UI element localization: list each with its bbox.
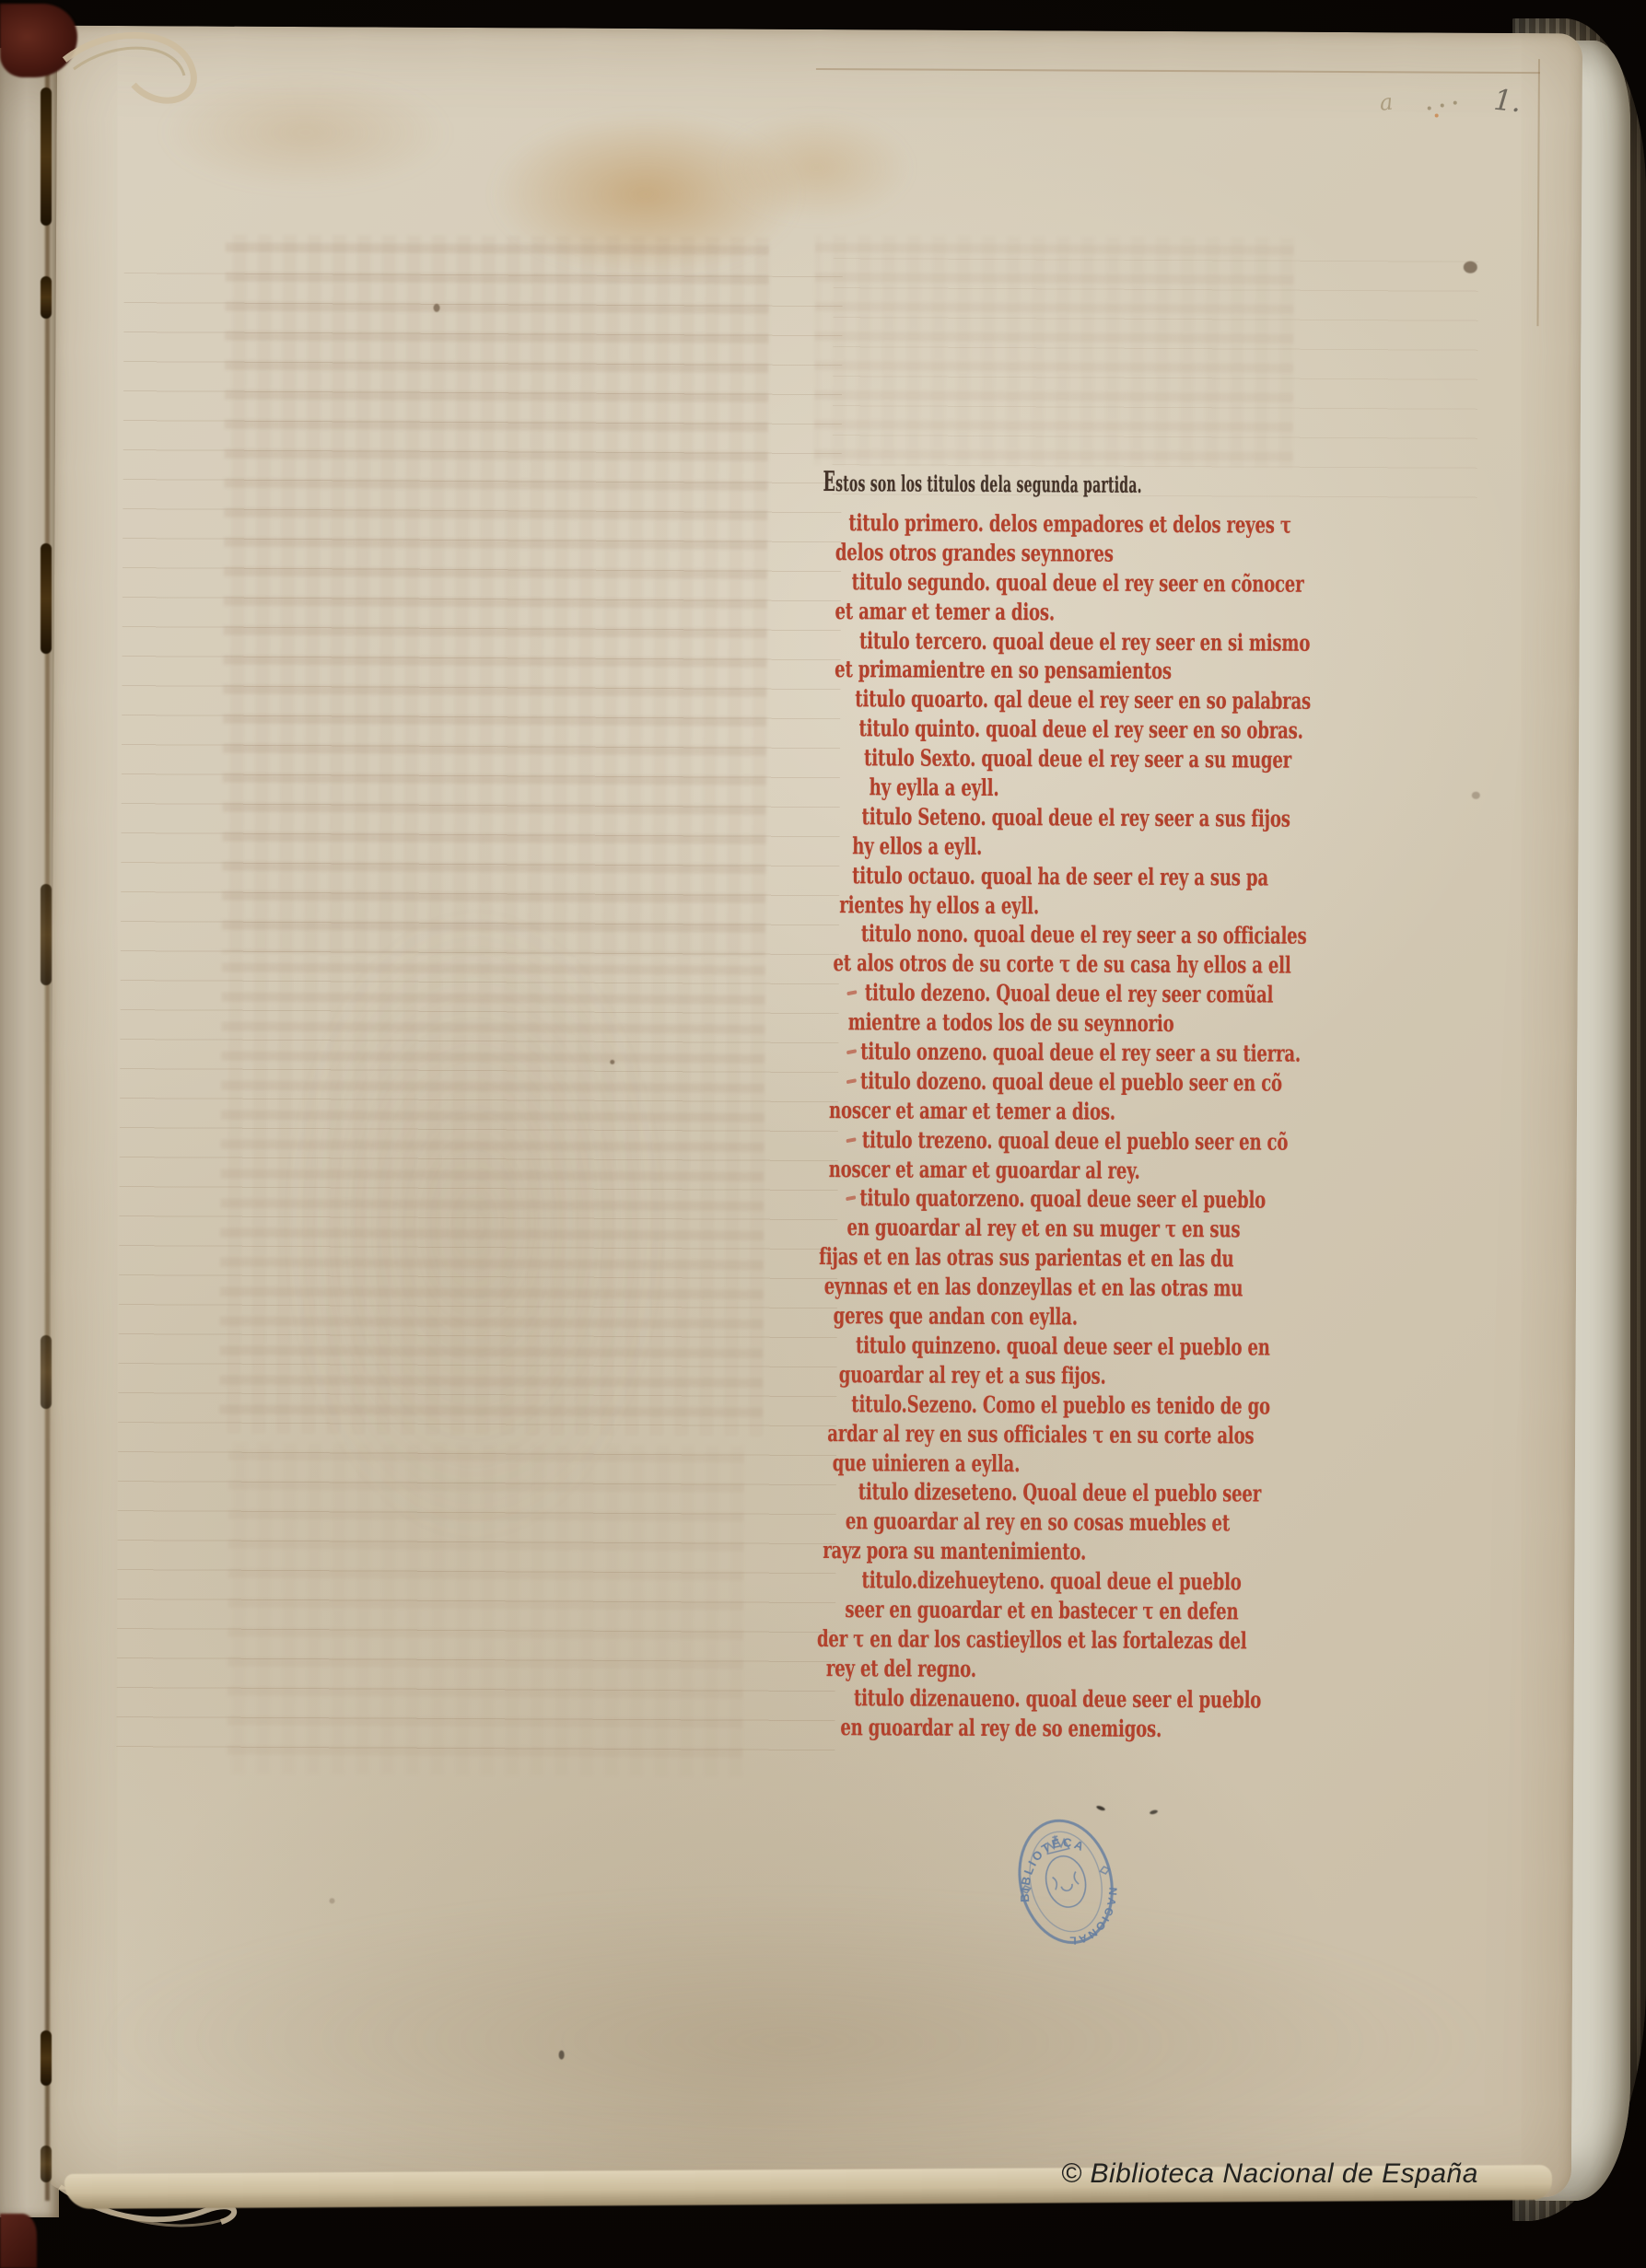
rubric-line: titulo.Sezeno. Como el pueblo es tenido …	[818, 1390, 1362, 1422]
rubric-line: titulo dizeseteno. Quoal deue el pueblo …	[818, 1477, 1362, 1509]
rubric-line: hy eylla a eyll.	[822, 773, 1366, 805]
svg-text:NACIONAL: NACIONAL	[1056, 1884, 1131, 1949]
rubric-line: titulo Sexto. quoal deue el rey seer a s…	[822, 743, 1366, 775]
rubric-line: titulo onzeno. quoal deue el rey seer a …	[820, 1037, 1364, 1069]
paragraph-tick	[846, 1078, 857, 1084]
ruling-lines	[116, 273, 842, 1768]
manuscript-page: Estos son los titulos dela segunda parti…	[46, 26, 1582, 2198]
rubric-line: que uinieren a eylla.	[818, 1448, 1362, 1481]
folio-number: 1.	[1492, 84, 1523, 120]
frame-rule-vertical	[1536, 59, 1540, 326]
rubric-line: titulo dizenaueno. quoal deue seer el pu…	[817, 1683, 1361, 1716]
paragraph-tick	[846, 990, 857, 995]
rubric-line: rayz pora su mantenimiento.	[817, 1536, 1361, 1568]
rubric-line: titulo segundo. quoal deue el rey seer e…	[823, 567, 1367, 599]
paragraph-tick	[846, 1049, 857, 1054]
binding-thread	[46, 18, 249, 129]
rubric-line: titulo nono. quoal deue el rey seer a so…	[821, 920, 1365, 952]
rubric-line: titulo Seteno. quoal deue el rey seer a …	[822, 802, 1366, 834]
parchment-stain	[101, 1886, 1485, 2197]
paragraph-tick	[846, 1137, 856, 1143]
rubric-line: en guoardar al rey en so cosas muebles e…	[818, 1506, 1362, 1539]
rubric-line: ardar al rey en sus officiales τ en su c…	[818, 1419, 1362, 1451]
ruling-lines	[832, 258, 1477, 501]
rubric-line: hy ellos a eyll.	[821, 832, 1365, 864]
digitized-manuscript-photo: 3 Estos son los titulos dela segunda par…	[0, 0, 1646, 2268]
rubric-line: en guoardar al rey de so enemigos.	[816, 1713, 1360, 1745]
rubric-line: rientes hy ellos a eyll.	[821, 890, 1365, 923]
rubric-line: seer en guoardar et en bastecer τ en def…	[817, 1595, 1361, 1627]
rubric-line: noscer et amar et temer a dios.	[820, 1096, 1364, 1128]
gutter-crease	[45, 72, 50, 2201]
rubric-line: titulo quatorzeno. quoal deue seer el pu…	[819, 1184, 1363, 1216]
rubric-line: et alos otros de su corte τ de su casa h…	[821, 948, 1365, 981]
rubric-line: titulo dozeno. quoal deue el pueblo seer…	[820, 1066, 1364, 1099]
rubric-line: et primamientre en so pensamientos	[822, 655, 1366, 687]
quire-letter: a	[1378, 89, 1394, 116]
paragraph-tick	[846, 1196, 856, 1202]
rubric-line: titulo quinzeno. quoal deue seer el pueb…	[819, 1331, 1363, 1363]
binding-leather	[0, 2214, 37, 2268]
rubric-line: fijas et en las otras sus parientas et e…	[819, 1242, 1363, 1274]
rubric-line: et amar et temer a dios.	[823, 597, 1367, 629]
rubric-line: titulo.dizehueyteno. quoal deue el puebl…	[817, 1565, 1361, 1598]
rubric-lines: titulo primero. delos empadores et delos…	[816, 508, 1366, 1744]
copyright-watermark: © Biblioteca Nacional de España	[1061, 2158, 1478, 2190]
rubric-line: titulo tercero. quoal deue el rey seer e…	[823, 626, 1367, 658]
rubric-line: titulo trezeno. quoal deue el pueblo see…	[820, 1125, 1364, 1157]
rubric-line: rey et del regno.	[817, 1654, 1361, 1686]
stamp-text-bottom: NACIONAL	[1056, 1884, 1131, 1949]
rubric-line: titulo quoarto. qal deue el rey seer en …	[822, 684, 1366, 716]
rubric-line: titulo primero. delos empadores et delos…	[823, 508, 1367, 541]
frame-rule-horizontal	[816, 68, 1540, 74]
rubric-line: mientre a todos los de su seynnorio	[820, 1007, 1364, 1040]
rubric-line: guoardar al rey et a sus fijos.	[818, 1360, 1362, 1392]
rubric-line: en guoardar al rey et en su muger τ en s…	[819, 1213, 1363, 1245]
rubric-line: eynnas et en las donzeyllas et en las ot…	[819, 1272, 1363, 1304]
rubric-line: noscer et amar et guoardar al rey.	[820, 1155, 1364, 1187]
parchment-stain	[719, 111, 914, 223]
rubric-line: titulo quinto. quoal deue el rey seer en…	[822, 714, 1366, 746]
rubric-line: delos otros grandes seynnores	[823, 538, 1367, 570]
rubric-line: titulo dezeno. Quoal deue el rey seer co…	[821, 978, 1365, 1010]
rubric-line: der τ en dar los castieyllos et las fort…	[817, 1624, 1361, 1657]
rubric-line: geres que andan con eylla.	[819, 1301, 1363, 1333]
rubric-line: titulo octauo. quoal ha de seer el rey a…	[821, 861, 1365, 893]
chapter-list-heading: Estos son los titulos dela segunda parti…	[823, 466, 1141, 500]
